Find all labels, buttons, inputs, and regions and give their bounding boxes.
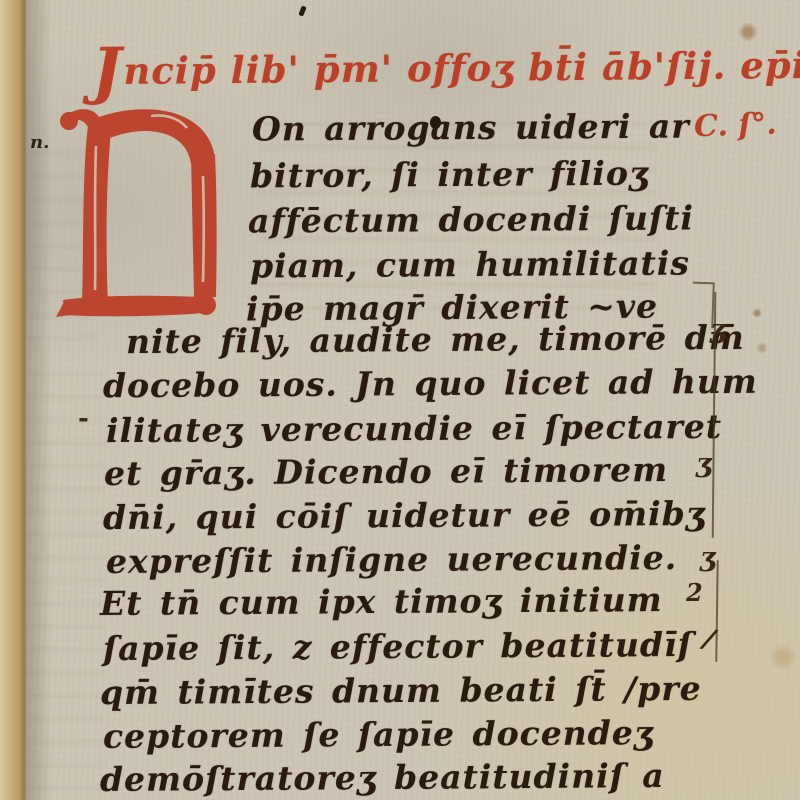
chapter-mark: C. ſ°. <box>693 107 777 145</box>
margin-guide-letter: n. <box>30 132 49 153</box>
ink-speck <box>298 5 306 16</box>
text-line: demōſtratoreʒ beatitudiniſ a <box>100 756 665 799</box>
text-line: bitror, ſi inter filioʒ <box>250 154 649 196</box>
rubric-initial-letter: J <box>92 34 123 107</box>
text-line: Et tn̄ cum ipx timoʒ initium <box>100 580 663 623</box>
line-filler-mark: ʒ <box>710 314 725 345</box>
ink-speck <box>430 116 441 129</box>
text-line: ceptorem ſe ſapīe docendeʒ <box>103 713 654 756</box>
margin-ruling-line <box>715 560 718 662</box>
text-line: nite fily, audite me, timorē dm̄ <box>126 318 745 361</box>
margin-dash: - <box>78 404 89 434</box>
text-line: qm̄ timītes dnum beati ſt̄ /pre <box>100 669 702 712</box>
line-filler-mark: ʒ <box>696 448 711 479</box>
rubric-incipit: Jncip̄ lib' p̄m' offoʒ bt̄i āb'ſij. ep̄i… <box>92 43 800 93</box>
rubric-text: ncip̄ lib' p̄m' offoʒ bt̄i āb'ſij. ep̄i. <box>123 43 800 93</box>
text-line: affēctum docendi ſuſti <box>248 198 694 240</box>
book-edge-shadow <box>26 0 52 800</box>
text-line: ilitateʒ verecundie eī ſpectaret <box>106 407 722 450</box>
text-line: On arrogans uideri ar <box>252 106 690 148</box>
text-line: ſapīe ſit, z effector beatitudīſ <box>103 625 693 668</box>
manuscript-page: Jncip̄ lib' p̄m' offoʒ bt̄i āb'ſij. ep̄i… <box>0 0 800 800</box>
line-filler-mark: 2 <box>686 578 703 607</box>
illuminated-initial-N <box>55 104 240 332</box>
book-edge <box>0 0 26 800</box>
text-line: piam, cum humilitatis <box>250 243 690 285</box>
line-filler-mark: ʒ <box>700 542 715 573</box>
text-line: dn̄i, qui cōiſ uidetur eē om̄ibʒ <box>103 494 706 537</box>
text-line: et gr̄aʒ. Dicendo eī timorem <box>104 450 668 493</box>
text-line: docebo uos. Jn quo licet ad hum <box>103 362 758 406</box>
text-line: expreſſit inſigne uerecundie. <box>106 538 677 581</box>
